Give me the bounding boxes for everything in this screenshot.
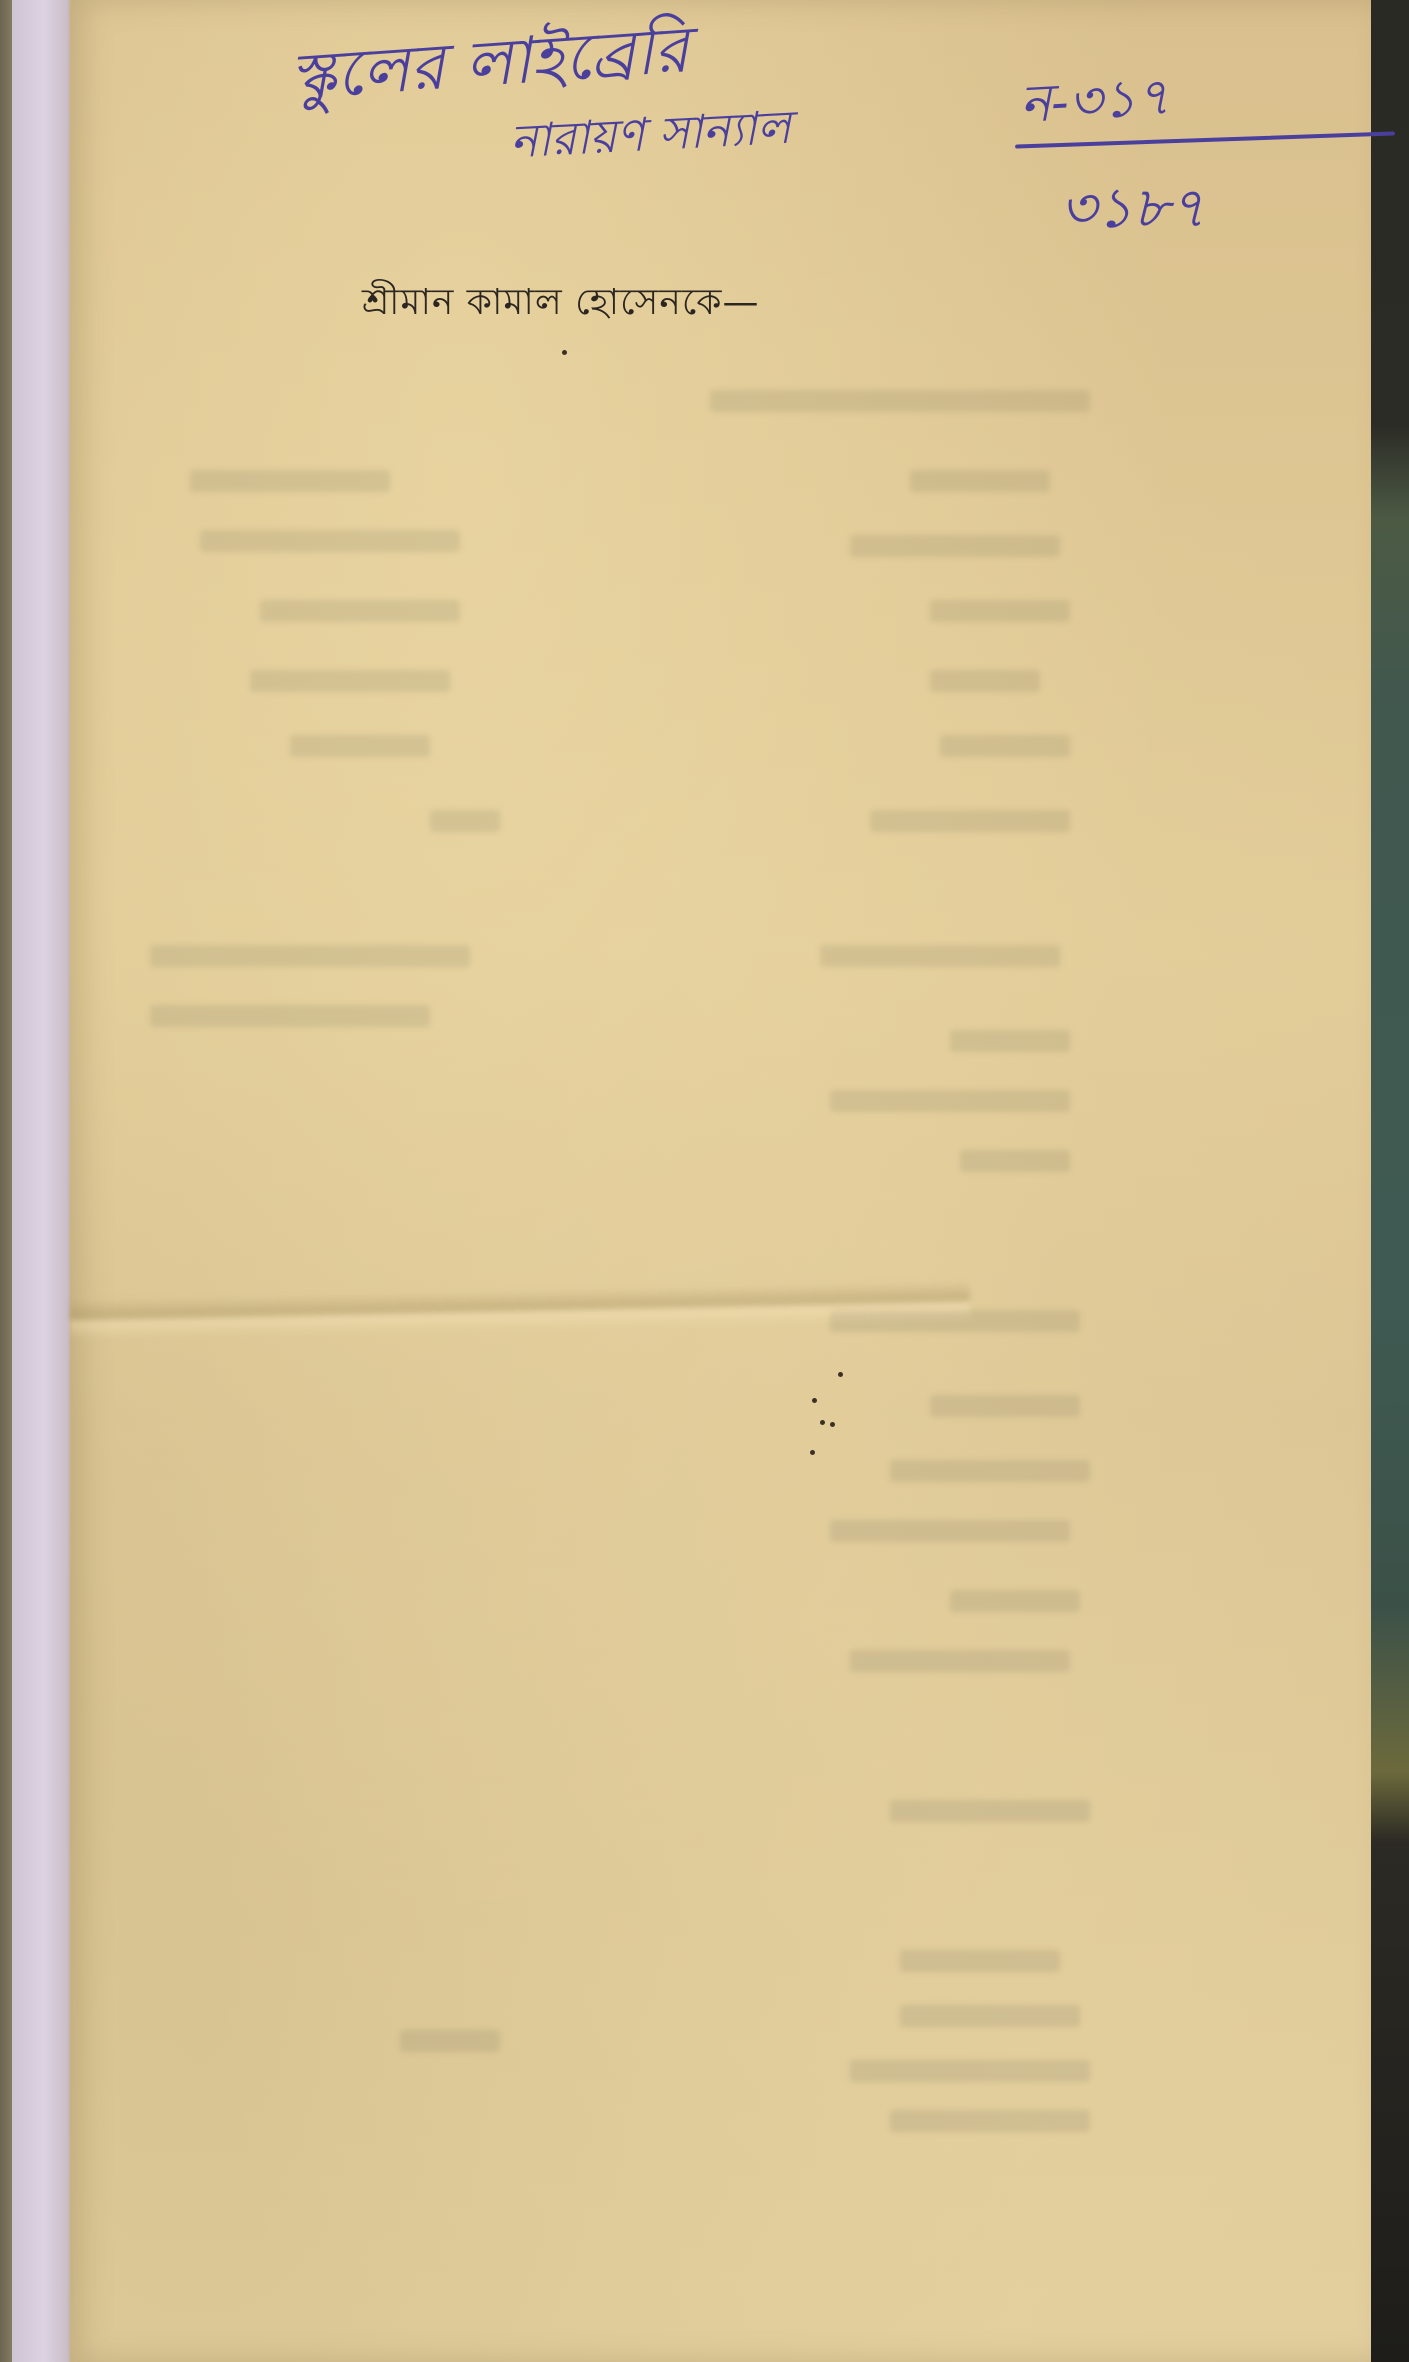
handwritten-note-line2: নারায়ণ সান্যাল [508, 93, 793, 184]
dedication-text: শ্রীমান কামাল হোসেনকে— [362, 275, 759, 335]
handwritten-catalog-top: ন-৩১৭ [1018, 56, 1172, 151]
book-page-edge [12, 0, 76, 2362]
show-through-text [70, 0, 1376, 2362]
book-cover-edge [1371, 0, 1409, 2362]
handwritten-catalog-bottom: ৩১৮৭ [1060, 165, 1206, 259]
